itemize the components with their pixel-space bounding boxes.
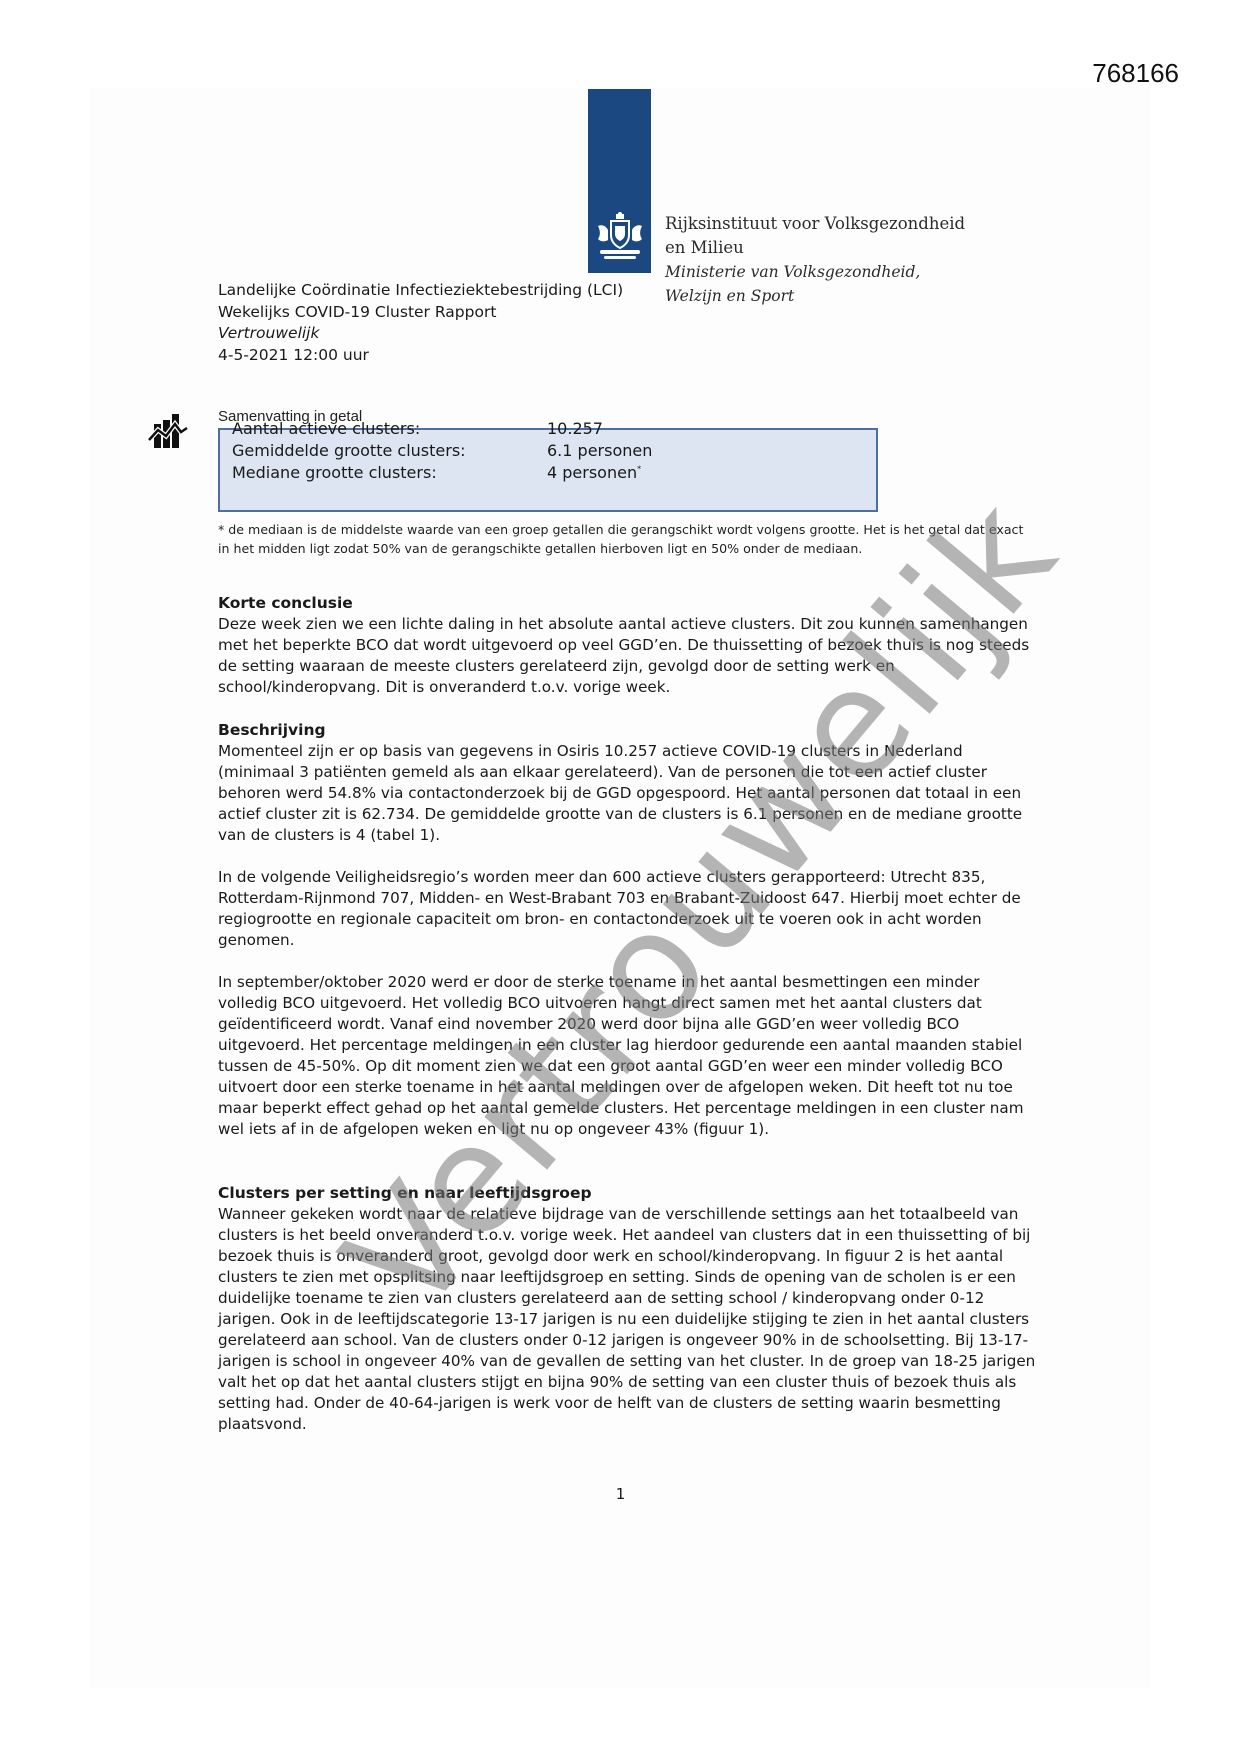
summary-value: 6.1 personen <box>547 441 652 460</box>
section-paragraph: Deze week zien we een lichte daling in h… <box>218 614 1038 698</box>
ministry-line-2: Welzijn en Sport <box>665 284 965 308</box>
section-clusters-by-setting-and-age: Clusters per setting en naar leeftijdsgr… <box>218 1183 1038 1456</box>
section-heading: Clusters per setting en naar leeftijdsgr… <box>218 1183 1038 1204</box>
summary-value: 10.257 <box>547 419 603 438</box>
page-number: 1 <box>0 1485 1241 1503</box>
summary-label: Gemiddelde grootte clusters: <box>232 441 466 460</box>
footnote-mark: * <box>637 465 641 474</box>
confidential-label: Vertrouwelijk <box>218 323 623 345</box>
report-datetime: 4-5-2021 12:00 uur <box>218 345 623 367</box>
summary-label: Mediane grootte clusters: <box>232 463 437 482</box>
document-number: 768166 <box>1092 58 1179 89</box>
section-paragraph: In september/oktober 2020 werd er door d… <box>218 972 1038 1140</box>
ministry-line-1: Ministerie van Volksgezondheid, <box>665 260 965 284</box>
summary-label: Aantal actieve clusters: <box>232 419 420 438</box>
report-title: Wekelijks COVID-19 Cluster Rapport <box>218 302 623 324</box>
coat-of-arms-icon <box>594 212 646 264</box>
section-heading: Beschrijving <box>218 720 1038 741</box>
organization-name: Rijksinstituut voor Volksgezondheid en M… <box>665 212 965 308</box>
document-header: Landelijke Coördinatie Infectieziektebes… <box>218 280 623 366</box>
section-heading: Korte conclusie <box>218 593 1038 614</box>
section-short-conclusion: Korte conclusie Deze week zien we een li… <box>218 593 1038 719</box>
summary-value: 4 personen* <box>547 463 641 482</box>
section-paragraph: Momenteel zijn er op basis van gegevens … <box>218 741 1038 846</box>
summary-row-average-size: Gemiddelde grootte clusters: 6.1 persone… <box>232 441 466 460</box>
section-description: Beschrijving Momenteel zijn er op basis … <box>218 720 1038 1161</box>
org-line-2: en Milieu <box>665 236 965 260</box>
summary-row-active-clusters: Aantal actieve clusters: 10.257 <box>232 419 420 438</box>
section-paragraph: In de volgende Veiligheidsregio’s worden… <box>218 867 1038 951</box>
chart-trend-icon <box>148 410 188 448</box>
section-paragraph: Wanneer gekeken wordt naar de relatieve … <box>218 1204 1038 1435</box>
department-name: Landelijke Coördinatie Infectieziektebes… <box>218 280 623 302</box>
median-footnote: * de mediaan is de middelste waarde van … <box>218 520 1033 558</box>
summary-row-median-size: Mediane grootte clusters: 4 personen* <box>232 463 437 482</box>
org-line-1: Rijksinstituut voor Volksgezondheid <box>665 212 965 236</box>
